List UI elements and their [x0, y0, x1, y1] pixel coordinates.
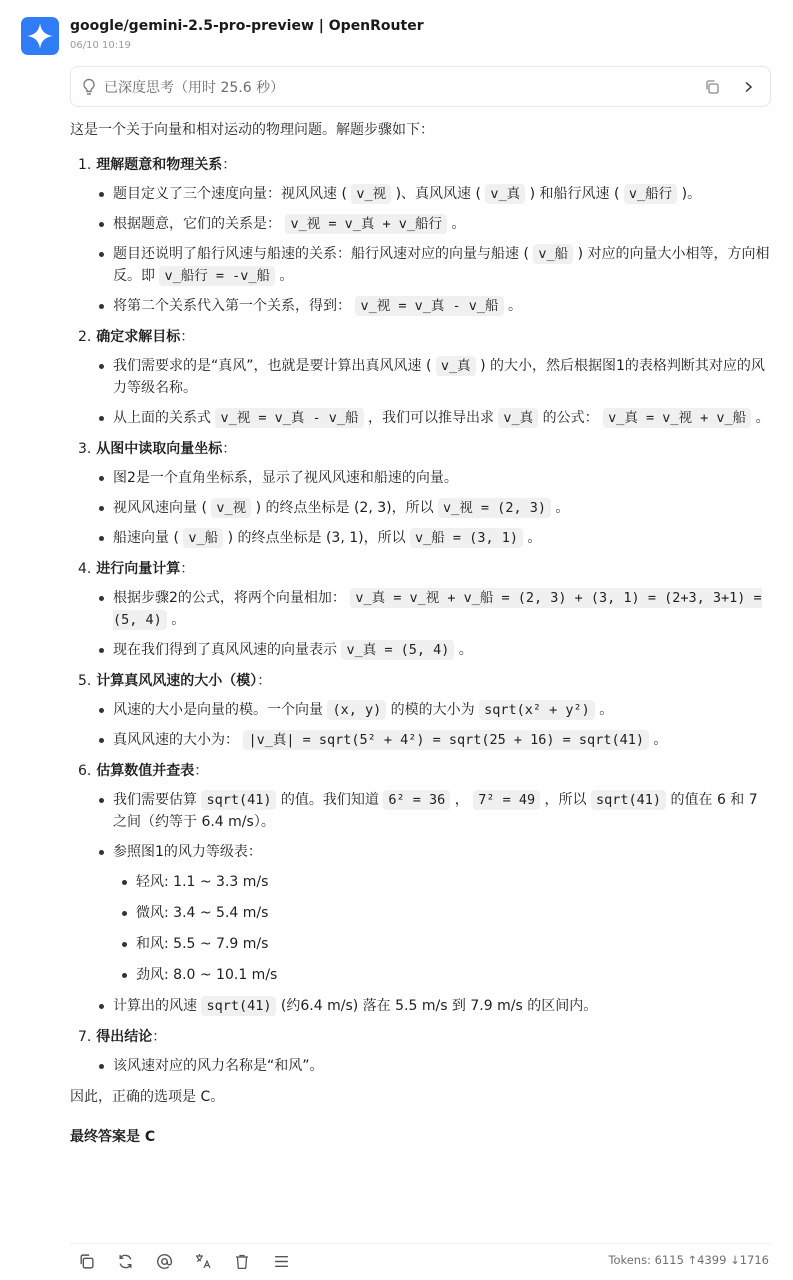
inline-code: v_视 = v_真 + v_船行	[285, 214, 447, 234]
translate-button[interactable]	[193, 1251, 213, 1271]
text-segment: 图2是一个直角坐标系，显示了视风风速和船速的向量。	[113, 470, 458, 486]
token-count: Tokens: 6115 ↑4399 ↓1716	[608, 1253, 769, 1267]
step-title-text: 得出结论	[96, 1029, 152, 1045]
bullet-item: 从上面的关系式 v_视 = v_真 - v_船 ，我们可以推导出求 v_真 的公…	[99, 407, 775, 429]
inline-code: v_真	[485, 184, 525, 204]
step-title: 6. 估算数值并查表：	[78, 759, 775, 783]
inline-code: 6² = 36	[383, 790, 450, 810]
inline-code: v_船	[533, 244, 573, 264]
step-title: 2. 确定求解目标：	[78, 325, 775, 349]
step-number: 2.	[78, 329, 91, 345]
text-segment: ，所以	[540, 792, 591, 808]
inline-code: v_视 = (2, 3)	[438, 498, 551, 518]
step-title: 1. 理解题意和物理关系：	[78, 153, 775, 177]
text-segment: 根据步骤2的公式，将两个向量相加：	[113, 590, 350, 606]
bullet-item: 根据步骤2的公式，将两个向量相加： v_真 = v_视 + v_船 = (2, …	[99, 587, 775, 631]
text-segment: 题目定义了三个速度向量：视风风速 (	[113, 186, 351, 202]
text-segment: 。	[523, 530, 541, 546]
at-sign-icon	[156, 1253, 173, 1270]
step-item: 5. 计算真风风速的大小（模）：风速的大小是向量的模。一个向量 (x, y) 的…	[78, 669, 775, 751]
text-segment: 。	[504, 298, 522, 314]
wind-scale-item: 和风: 5.5 ~ 7.9 m/s	[122, 933, 775, 955]
step-item: 6. 估算数值并查表：我们需要估算 sqrt(41) 的值。我们知道 6² = …	[78, 759, 775, 1017]
refresh-icon	[117, 1253, 134, 1270]
text-segment: 从上面的关系式	[113, 410, 215, 426]
step-number: 4.	[78, 561, 91, 577]
text-segment: )。	[677, 186, 701, 202]
inline-code: v_视	[211, 498, 251, 518]
regenerate-button[interactable]	[115, 1251, 135, 1271]
step-title-text: 估算数值并查表	[96, 763, 194, 779]
trash-icon	[234, 1253, 250, 1270]
text-segment: ) 和船行风速 (	[525, 186, 624, 202]
copy-icon	[704, 79, 720, 95]
text-segment: 船速向量 (	[113, 530, 183, 546]
step-bullets: 图2是一个直角坐标系，显示了视风风速和船速的向量。视风风速向量 ( v_视 ) …	[78, 467, 775, 549]
text-segment: ，我们可以推导出求	[364, 410, 499, 426]
step-item: 3. 从图中读取向量坐标：图2是一个直角坐标系，显示了视风风速和船速的向量。视风…	[78, 437, 775, 549]
expand-thinking-button[interactable]	[736, 75, 760, 99]
menu-icon	[273, 1253, 290, 1270]
step-title-text: 进行向量计算	[96, 561, 180, 577]
text-segment: 。	[595, 702, 613, 718]
text-segment: (约6.4 m/s) 落在 5.5 m/s 到 7.9 m/s 的区间内。	[276, 998, 597, 1014]
mention-button[interactable]	[154, 1251, 174, 1271]
step-title: 5. 计算真风风速的大小（模）：	[78, 669, 775, 693]
thinking-label: 已深度思考（用时 25.6 秒）	[104, 77, 688, 97]
lightbulb-icon	[82, 78, 98, 96]
bullet-item: 风速的大小是向量的模。一个向量 (x, y) 的模的大小为 sqrt(x² + …	[99, 699, 775, 721]
bullet-item: 题目还说明了船行风速与船速的关系：船行风速对应的向量与船速 ( v_船 ) 对应…	[99, 243, 775, 287]
translate-icon	[194, 1252, 212, 1270]
text-segment: 。	[167, 612, 185, 628]
avatar	[21, 17, 59, 55]
inline-code: v_真	[436, 356, 476, 376]
text-segment: 计算出的风速	[113, 998, 201, 1014]
bullet-item: 我们需要估算 sqrt(41) 的值。我们知道 6² = 36 ， 7² = 4…	[99, 789, 775, 833]
delete-button[interactable]	[232, 1251, 252, 1271]
inline-code: 7² = 49	[473, 790, 540, 810]
text-segment: 。	[275, 268, 293, 284]
text-segment: 我们需要估算	[113, 792, 201, 808]
step-item: 4. 进行向量计算：根据步骤2的公式，将两个向量相加： v_真 = v_视 + …	[78, 557, 775, 661]
inline-code: v_船	[183, 528, 223, 548]
text-segment: 根据题意，它们的关系是：	[113, 216, 285, 232]
text-segment: ) 的终点坐标是 (3, 1)，所以	[223, 530, 410, 546]
wind-scale-item: 轻风: 1.1 ~ 3.3 m/s	[122, 871, 775, 893]
step-number: 5.	[78, 673, 91, 689]
inline-code: sqrt(41)	[201, 790, 276, 810]
step-title: 7. 得出结论：	[78, 1025, 775, 1049]
text-segment: 视风风速向量 (	[113, 500, 211, 516]
inline-code: sqrt(x² + y²)	[479, 700, 595, 720]
step-bullets: 根据步骤2的公式，将两个向量相加： v_真 = v_视 + v_船 = (2, …	[78, 587, 775, 661]
final-answer: 最终答案是 C	[70, 1125, 775, 1149]
text-segment: )、真风风速 (	[391, 186, 485, 202]
inline-code: v_视 = v_真 - v_船	[355, 296, 503, 316]
bullet-item: 船速向量 ( v_船 ) 的终点坐标是 (3, 1)，所以 v_船 = (3, …	[99, 527, 775, 549]
step-bullets: 风速的大小是向量的模。一个向量 (x, y) 的模的大小为 sqrt(x² + …	[78, 699, 775, 751]
bullet-item: 视风风速向量 ( v_视 ) 的终点坐标是 (2, 3)，所以 v_视 = (2…	[99, 497, 775, 519]
inline-code: v_船 = (3, 1)	[410, 528, 523, 548]
step-number: 6.	[78, 763, 91, 779]
text-segment: 题目还说明了船行风速与船速的关系：船行风速对应的向量与船速 (	[113, 246, 533, 262]
step-item: 1. 理解题意和物理关系：题目定义了三个速度向量：视风风速 ( v_视 )、真风…	[78, 153, 775, 317]
bullet-item: 我们需要求的是“真风”，也就是要计算出真风风速 ( v_真 ) 的大小，然后根据…	[99, 355, 775, 399]
divider	[70, 1243, 771, 1244]
text-segment: 参照图1的风力等级表：	[113, 844, 262, 860]
wind-scale-list: 轻风: 1.1 ~ 3.3 m/s微风: 3.4 ~ 5.4 m/s和风: 5.…	[113, 871, 775, 986]
text-segment: 。	[649, 732, 667, 748]
text-segment: 。	[751, 410, 769, 426]
intro-text: 这是一个关于向量和相对运动的物理问题。解题步骤如下：	[70, 118, 775, 142]
text-segment: 该风速对应的风力名称是“和风”。	[113, 1058, 324, 1074]
inline-code: v_视	[351, 184, 391, 204]
step-bullets: 题目定义了三个速度向量：视风风速 ( v_视 )、真风风速 ( v_真 ) 和船…	[78, 183, 775, 317]
step-title-text: 确定求解目标	[96, 329, 180, 345]
inline-code: v_船行	[624, 184, 677, 204]
bullet-item: 图2是一个直角坐标系，显示了视风风速和船速的向量。	[99, 467, 775, 489]
message-actions	[76, 1251, 291, 1271]
text-segment: 真风风速的大小为：	[113, 732, 243, 748]
step-title-text: 计算真风风速的大小（模）	[96, 673, 257, 689]
step-bullets: 我们需要求的是“真风”，也就是要计算出真风风速 ( v_真 ) 的大小，然后根据…	[78, 355, 775, 429]
step-item: 2. 确定求解目标：我们需要求的是“真风”，也就是要计算出真风风速 ( v_真 …	[78, 325, 775, 429]
copy-icon	[78, 1253, 95, 1270]
text-segment: ) 的终点坐标是 (2, 3)，所以	[251, 500, 438, 516]
conclusion-text: 因此，正确的选项是 C。	[70, 1085, 775, 1109]
text-segment: 的模的大小为	[386, 702, 479, 718]
solution-steps: 1. 理解题意和物理关系：题目定义了三个速度向量：视风风速 ( v_视 )、真风…	[70, 153, 775, 1077]
step-title-text: 理解题意和物理关系	[96, 157, 222, 173]
more-button[interactable]	[271, 1251, 291, 1271]
text-segment: 的值。我们知道	[276, 792, 383, 808]
text-segment: 风速的大小是向量的模。一个向量	[113, 702, 327, 718]
bullet-item: 参照图1的风力等级表：轻风: 1.1 ~ 3.3 m/s微风: 3.4 ~ 5.…	[99, 841, 775, 986]
bullet-item: 该风速对应的风力名称是“和风”。	[99, 1055, 775, 1077]
bullet-item: 将第二个关系代入第一个关系，得到： v_视 = v_真 - v_船 。	[99, 295, 775, 317]
text-segment: 。	[454, 642, 472, 658]
bullet-item: 真风风速的大小为： |v_真| = sqrt(5² + 4²) = sqrt(2…	[99, 729, 775, 751]
step-number: 7.	[78, 1029, 91, 1045]
text-segment: 将第二个关系代入第一个关系，得到：	[113, 298, 355, 314]
model-name: google/gemini-2.5-pro-preview | OpenRout…	[70, 18, 424, 34]
bullet-item: 题目定义了三个速度向量：视风风速 ( v_视 )、真风风速 ( v_真 ) 和船…	[99, 183, 775, 205]
inline-code: v_船行 = -v_船	[159, 266, 275, 286]
thinking-panel[interactable]: 已深度思考（用时 25.6 秒）	[70, 66, 771, 107]
step-item: 7. 得出结论：该风速对应的风力名称是“和风”。	[78, 1025, 775, 1077]
copy-button[interactable]	[76, 1251, 96, 1271]
step-title: 3. 从图中读取向量坐标：	[78, 437, 775, 461]
inline-code: v_真 = (5, 4)	[341, 640, 454, 660]
gemini-sparkle-icon	[26, 22, 54, 50]
inline-code: v_真 = v_视 + v_船	[603, 408, 751, 428]
step-title-text: 从图中读取向量坐标	[96, 441, 222, 457]
step-number: 3.	[78, 441, 91, 457]
bullet-item: 现在我们得到了真风风速的向量表示 v_真 = (5, 4) 。	[99, 639, 775, 661]
chevron-right-icon	[741, 80, 755, 94]
inline-code: |v_真| = sqrt(5² + 4²) = sqrt(25 + 16) = …	[243, 730, 649, 750]
inline-code: v_视 = v_真 - v_船	[215, 408, 363, 428]
inline-code: sqrt(41)	[591, 790, 666, 810]
copy-thinking-button[interactable]	[700, 75, 724, 99]
step-bullets: 我们需要估算 sqrt(41) 的值。我们知道 6² = 36 ， 7² = 4…	[78, 789, 775, 1017]
step-bullets: 该风速对应的风力名称是“和风”。	[78, 1055, 775, 1077]
text-segment: 。	[447, 216, 465, 232]
text-segment: 。	[551, 500, 569, 516]
wind-scale-item: 微风: 3.4 ~ 5.4 m/s	[122, 902, 775, 924]
text-segment: 的公式：	[538, 410, 603, 426]
bullet-item: 根据题意，它们的关系是： v_视 = v_真 + v_船行 。	[99, 213, 775, 235]
text-segment: ，	[450, 792, 473, 808]
inline-code: (x, y)	[327, 700, 386, 720]
wind-scale-item: 劲风: 8.0 ~ 10.1 m/s	[122, 964, 775, 986]
step-number: 1.	[78, 157, 91, 173]
step-title: 4. 进行向量计算：	[78, 557, 775, 581]
inline-code: v_真	[498, 408, 538, 428]
inline-code: sqrt(41)	[201, 996, 276, 1016]
text-segment: 现在我们得到了真风风速的向量表示	[113, 642, 341, 658]
message-content: 这是一个关于向量和相对运动的物理问题。解题步骤如下： 1. 理解题意和物理关系：…	[70, 118, 775, 1149]
message-timestamp: 06/10 10:19	[70, 40, 131, 51]
bullet-item: 计算出的风速 sqrt(41) (约6.4 m/s) 落在 5.5 m/s 到 …	[99, 995, 775, 1017]
text-segment: 我们需要求的是“真风”，也就是要计算出真风风速 (	[113, 358, 436, 374]
